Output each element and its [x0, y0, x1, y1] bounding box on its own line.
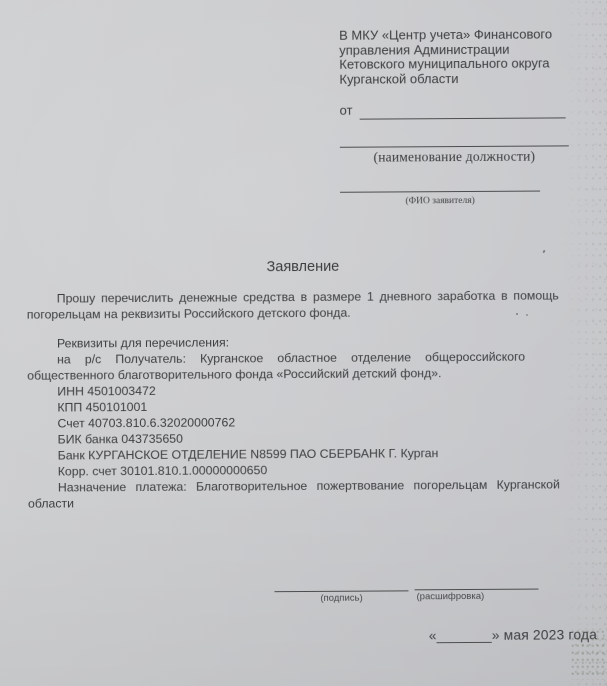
- signature-field: (подпись): [274, 574, 408, 604]
- applicant-blank-line: [340, 191, 540, 193]
- recipient-line: Курганской области: [339, 71, 573, 87]
- position-blank-line: [340, 146, 569, 148]
- applicant-name-field: (ФИО заявителя): [340, 191, 540, 210]
- signature-caption: (подпись): [275, 592, 409, 604]
- document-body: Прошу перечислить денежные средства в ра…: [27, 287, 560, 511]
- transcript-field: (расшифровка): [414, 573, 538, 603]
- signature-blank-line: [274, 574, 408, 592]
- paper-corner-texture: [571, 630, 605, 680]
- from-row: от: [340, 103, 566, 122]
- recipient-line: В МКУ «Центр учета» Финансового: [339, 27, 573, 43]
- paper-edge-texture: [563, 0, 607, 686]
- dust-speck: [516, 313, 518, 315]
- recipient-paragraph: на р/с Получатель: Курганское областное …: [27, 349, 525, 384]
- application-document: В МКУ «Центр учета» Финансового управлен…: [0, 0, 607, 686]
- transcript-caption: (расшифровка): [415, 591, 539, 603]
- request-paragraph: Прошу перечислить денежные средства в ра…: [27, 287, 559, 322]
- recipient-block: В МКУ «Центр учета» Финансового управлен…: [339, 27, 574, 209]
- document-title: Заявление: [266, 259, 339, 275]
- transcript-blank-line: [414, 573, 538, 591]
- from-blank-line: [359, 103, 565, 120]
- from-label: от: [340, 104, 353, 122]
- position-caption: (наименование должности): [340, 150, 569, 166]
- dust-speck: [526, 314, 528, 316]
- document-photo: В МКУ «Центр учета» Финансового управлен…: [0, 0, 607, 686]
- detail-line-payment-purpose: Назначение платежа: Благотворительное по…: [28, 476, 560, 511]
- applicant-caption: (ФИО заявителя): [340, 194, 540, 210]
